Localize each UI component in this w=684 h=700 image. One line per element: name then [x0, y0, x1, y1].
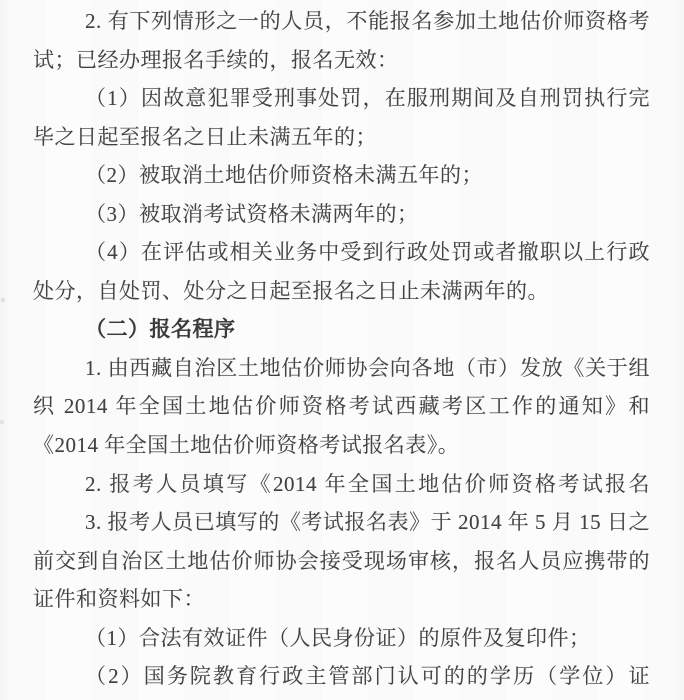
text-line: （2）国务院教育行政主管部门认可的的学历（学位）证书、	[33, 657, 650, 696]
text-line: （2）被取消土地估价师资格未满五年的；	[33, 156, 650, 195]
section-heading: （二）报名程序	[33, 310, 650, 349]
text-line: 1. 由西藏自治区土地估价师协会向各地（市）发放《关于组	[33, 349, 650, 388]
text-line: 织 2014 年全国土地估价师资格考试西藏考区工作的通知》和	[33, 387, 650, 426]
text-line: （3）被取消考试资格未满两年的；	[33, 195, 650, 234]
scanned-document-page: 2. 有下列情形之一的人员，不能报名参加土地估价师资格考试；已经办理报名手续的，…	[0, 0, 684, 700]
text-line: 2. 报考人员填写《2014 年全国土地估价师资格考试报名表》。	[33, 465, 650, 504]
text-line: 证件和资料如下：	[33, 580, 650, 619]
text-line: （1）因故意犯罪受刑事处罚，在服刑期间及自刑罚执行完	[33, 79, 650, 118]
text-line: （1）合法有效证件（人民身份证）的原件及复印件；	[33, 619, 650, 658]
text-line: 《2014 年全国土地估价师资格考试报名表》。	[33, 426, 650, 465]
text-line: 前交到自治区土地估价师协会接受现场审核，报名人员应携带的	[33, 542, 650, 581]
text-line: 试；已经办理报名手续的，报名无效：	[33, 41, 650, 80]
text-line: 2. 有下列情形之一的人员，不能报名参加土地估价师资格考	[33, 2, 650, 41]
text-line: 处分，自处罚、处分之日起至报名之日止未满两年的。	[33, 272, 650, 311]
text-line: （4）在评估或相关业务中受到行政处罚或者撤职以上行政	[33, 233, 650, 272]
text-line: 毕之日起至报名之日止未满五年的；	[33, 118, 650, 157]
text-line: 3. 报考人员已填写的《考试报名表》于 2014 年 5 月 15 日之	[33, 503, 650, 542]
document-body: 2. 有下列情形之一的人员，不能报名参加土地估价师资格考试；已经办理报名手续的，…	[33, 2, 650, 696]
